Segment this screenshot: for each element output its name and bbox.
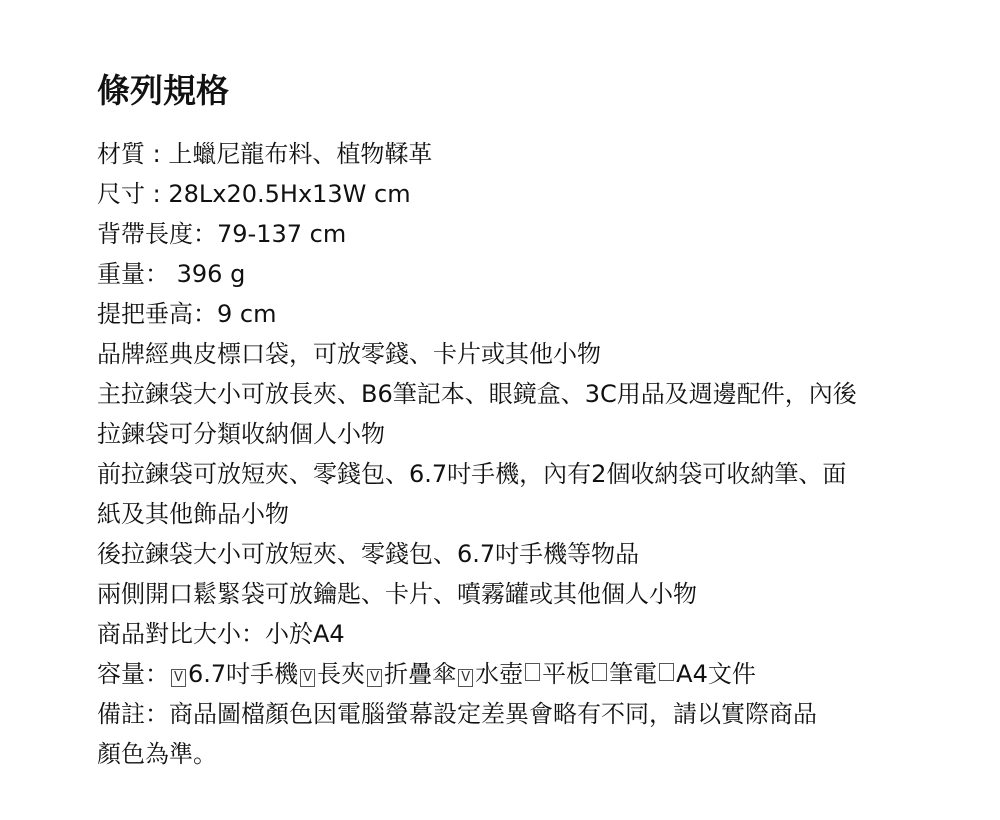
spec-feature-back-zip: 後拉鍊袋大小可放短夾、零錢包、6.7吋手機等物品 (97, 534, 917, 574)
checkbox-checked-icon: V (367, 669, 382, 687)
checkbox-checked-icon: V (171, 669, 186, 687)
spec-note-line2: 顏色為準。 (97, 734, 917, 774)
spec-feature-front-zip-line1: 前拉鍊袋可放短夾、零錢包、6.7吋手機，內有2個收納袋可收納筆、面 (97, 454, 917, 494)
capacity-item-umbrella: 折疊傘 (384, 660, 456, 688)
spec-strap-length: 背帶長度：79-137 cm (97, 214, 917, 254)
capacity-item-tablet: 平板 (542, 660, 590, 688)
checkbox-checked-icon: V (458, 669, 473, 687)
spec-feature-side-pockets: 兩側開口鬆緊袋可放鑰匙、卡片、噴霧罐或其他個人小物 (97, 574, 917, 614)
capacity-item-phone: 6.7吋手機 (188, 660, 298, 688)
spec-handle-height: 提把垂高：9 cm (97, 294, 917, 334)
capacity-item-a4-docs: A4文件 (676, 660, 756, 688)
spec-material: 材質 : 上蠟尼龍布料、植物鞣革 (97, 134, 917, 174)
spec-size: 尺寸 : 28Lx20.5Hx13W cm (97, 174, 917, 214)
checkbox-checked-icon: V (300, 669, 315, 687)
spec-feature-main-zip-line2: 拉鍊袋可分類收納個人小物 (97, 414, 917, 454)
spec-capacity: 容量：V6.7吋手機V長夾V折疊傘V水壺平板筆電A4文件 (97, 654, 917, 694)
spec-compare-size: 商品對比大小：小於A4 (97, 614, 917, 654)
capacity-item-laptop: 筆電 (609, 660, 657, 688)
spec-note-line1: 備註：商品圖檔顏色因電腦螢幕設定差異會略有不同，請以實際商品 (97, 694, 917, 734)
spec-list: 材質 : 上蠟尼龍布料、植物鞣革 尺寸 : 28Lx20.5Hx13W cm 背… (97, 134, 917, 774)
spec-section: 條列規格 材質 : 上蠟尼龍布料、植物鞣革 尺寸 : 28Lx20.5Hx13W… (97, 68, 917, 774)
spec-feature-logo-pocket: 品牌經典皮標口袋，可放零錢、卡片或其他小物 (97, 334, 917, 374)
capacity-item-long-wallet: 長夾 (317, 660, 365, 688)
spec-feature-front-zip-line2: 紙及其他飾品小物 (97, 494, 917, 534)
checkbox-unchecked-icon (659, 663, 674, 681)
checkbox-unchecked-icon (592, 663, 607, 681)
spec-weight: 重量： 396 g (97, 254, 917, 294)
spec-feature-main-zip-line1: 主拉鍊袋大小可放長夾、B6筆記本、眼鏡盒、3C用品及週邊配件，內後 (97, 374, 917, 414)
capacity-item-bottle: 水壺 (475, 660, 523, 688)
capacity-label: 容量： (97, 660, 169, 688)
section-title: 條列規格 (97, 68, 917, 114)
checkbox-unchecked-icon (525, 663, 540, 681)
